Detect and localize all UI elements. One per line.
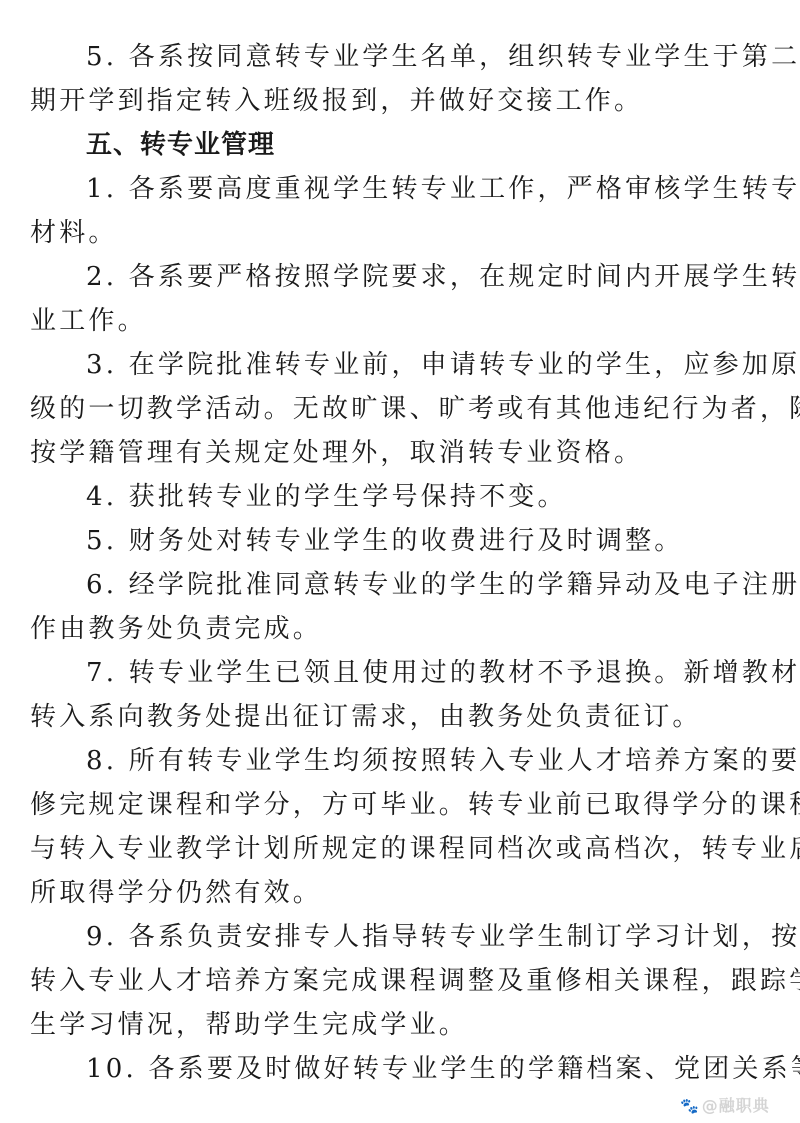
paragraph-line: 6. 经学院批准同意转专业的学生的学籍异动及电子注册工 bbox=[86, 570, 800, 600]
paragraph-line: 5. 各系按同意转专业学生名单，组织转专业学生于第二学 bbox=[86, 42, 800, 72]
paragraph-line: 转入系向教务处提出征订需求，由教务处负责征订。 bbox=[30, 702, 770, 732]
paragraph-line: 4. 获批转专业的学生学号保持不变。 bbox=[86, 482, 800, 512]
document-page: 5. 各系按同意转专业学生名单，组织转专业学生于第二学 期开学到指定转入班级报到… bbox=[0, 0, 800, 1123]
paragraph-line: 按学籍管理有关规定处理外，取消转专业资格。 bbox=[30, 438, 770, 468]
paragraph-line: 9. 各系负责安排专人指导转专业学生制订学习计划，按照 bbox=[86, 922, 800, 952]
section-heading: 五、转专业管理 bbox=[86, 130, 800, 160]
paragraph-line: 期开学到指定转入班级报到，并做好交接工作。 bbox=[30, 86, 770, 116]
paragraph-line: 1. 各系要高度重视学生转专业工作，严格审核学生转专业 bbox=[86, 174, 800, 204]
paragraph-line: 级的一切教学活动。无故旷课、旷考或有其他违纪行为者，除 bbox=[30, 394, 770, 424]
paragraph-line: 材料。 bbox=[30, 218, 770, 248]
paragraph-line: 作由教务处负责完成。 bbox=[30, 614, 770, 644]
paragraph-line: 修完规定课程和学分，方可毕业。转专业前已取得学分的课程 bbox=[30, 790, 770, 820]
paragraph-line: 转入专业人才培养方案完成课程调整及重修相关课程，跟踪学 bbox=[30, 966, 770, 996]
paragraph-line: 2. 各系要严格按照学院要求，在规定时间内开展学生转专 bbox=[86, 262, 800, 292]
paragraph-line: 生学习情况，帮助学生完成学业。 bbox=[30, 1010, 770, 1040]
paragraph-line: 所取得学分仍然有效。 bbox=[30, 878, 770, 908]
paragraph-line: 7. 转专业学生已领且使用过的教材不予退换。新增教材由 bbox=[86, 658, 800, 688]
paragraph-line: 业工作。 bbox=[30, 306, 770, 336]
watermark: 🐾@融职典 bbox=[680, 1093, 770, 1116]
watermark-text: @融职典 bbox=[702, 1096, 770, 1115]
paragraph-line: 5. 财务处对转专业学生的收费进行及时调整。 bbox=[86, 526, 800, 556]
baidu-paw-icon: 🐾 bbox=[680, 1097, 700, 1115]
paragraph-line: 10. 各系要及时做好转专业学生的学籍档案、党团关系等变 bbox=[86, 1054, 800, 1084]
paragraph-line: 3. 在学院批准转专业前，申请转专业的学生，应参加原班 bbox=[86, 350, 800, 380]
paragraph-line: 与转入专业教学计划所规定的课程同档次或高档次，转专业后 bbox=[30, 834, 770, 864]
paragraph-line: 8. 所有转专业学生均须按照转入专业人才培养方案的要求， bbox=[86, 746, 800, 776]
